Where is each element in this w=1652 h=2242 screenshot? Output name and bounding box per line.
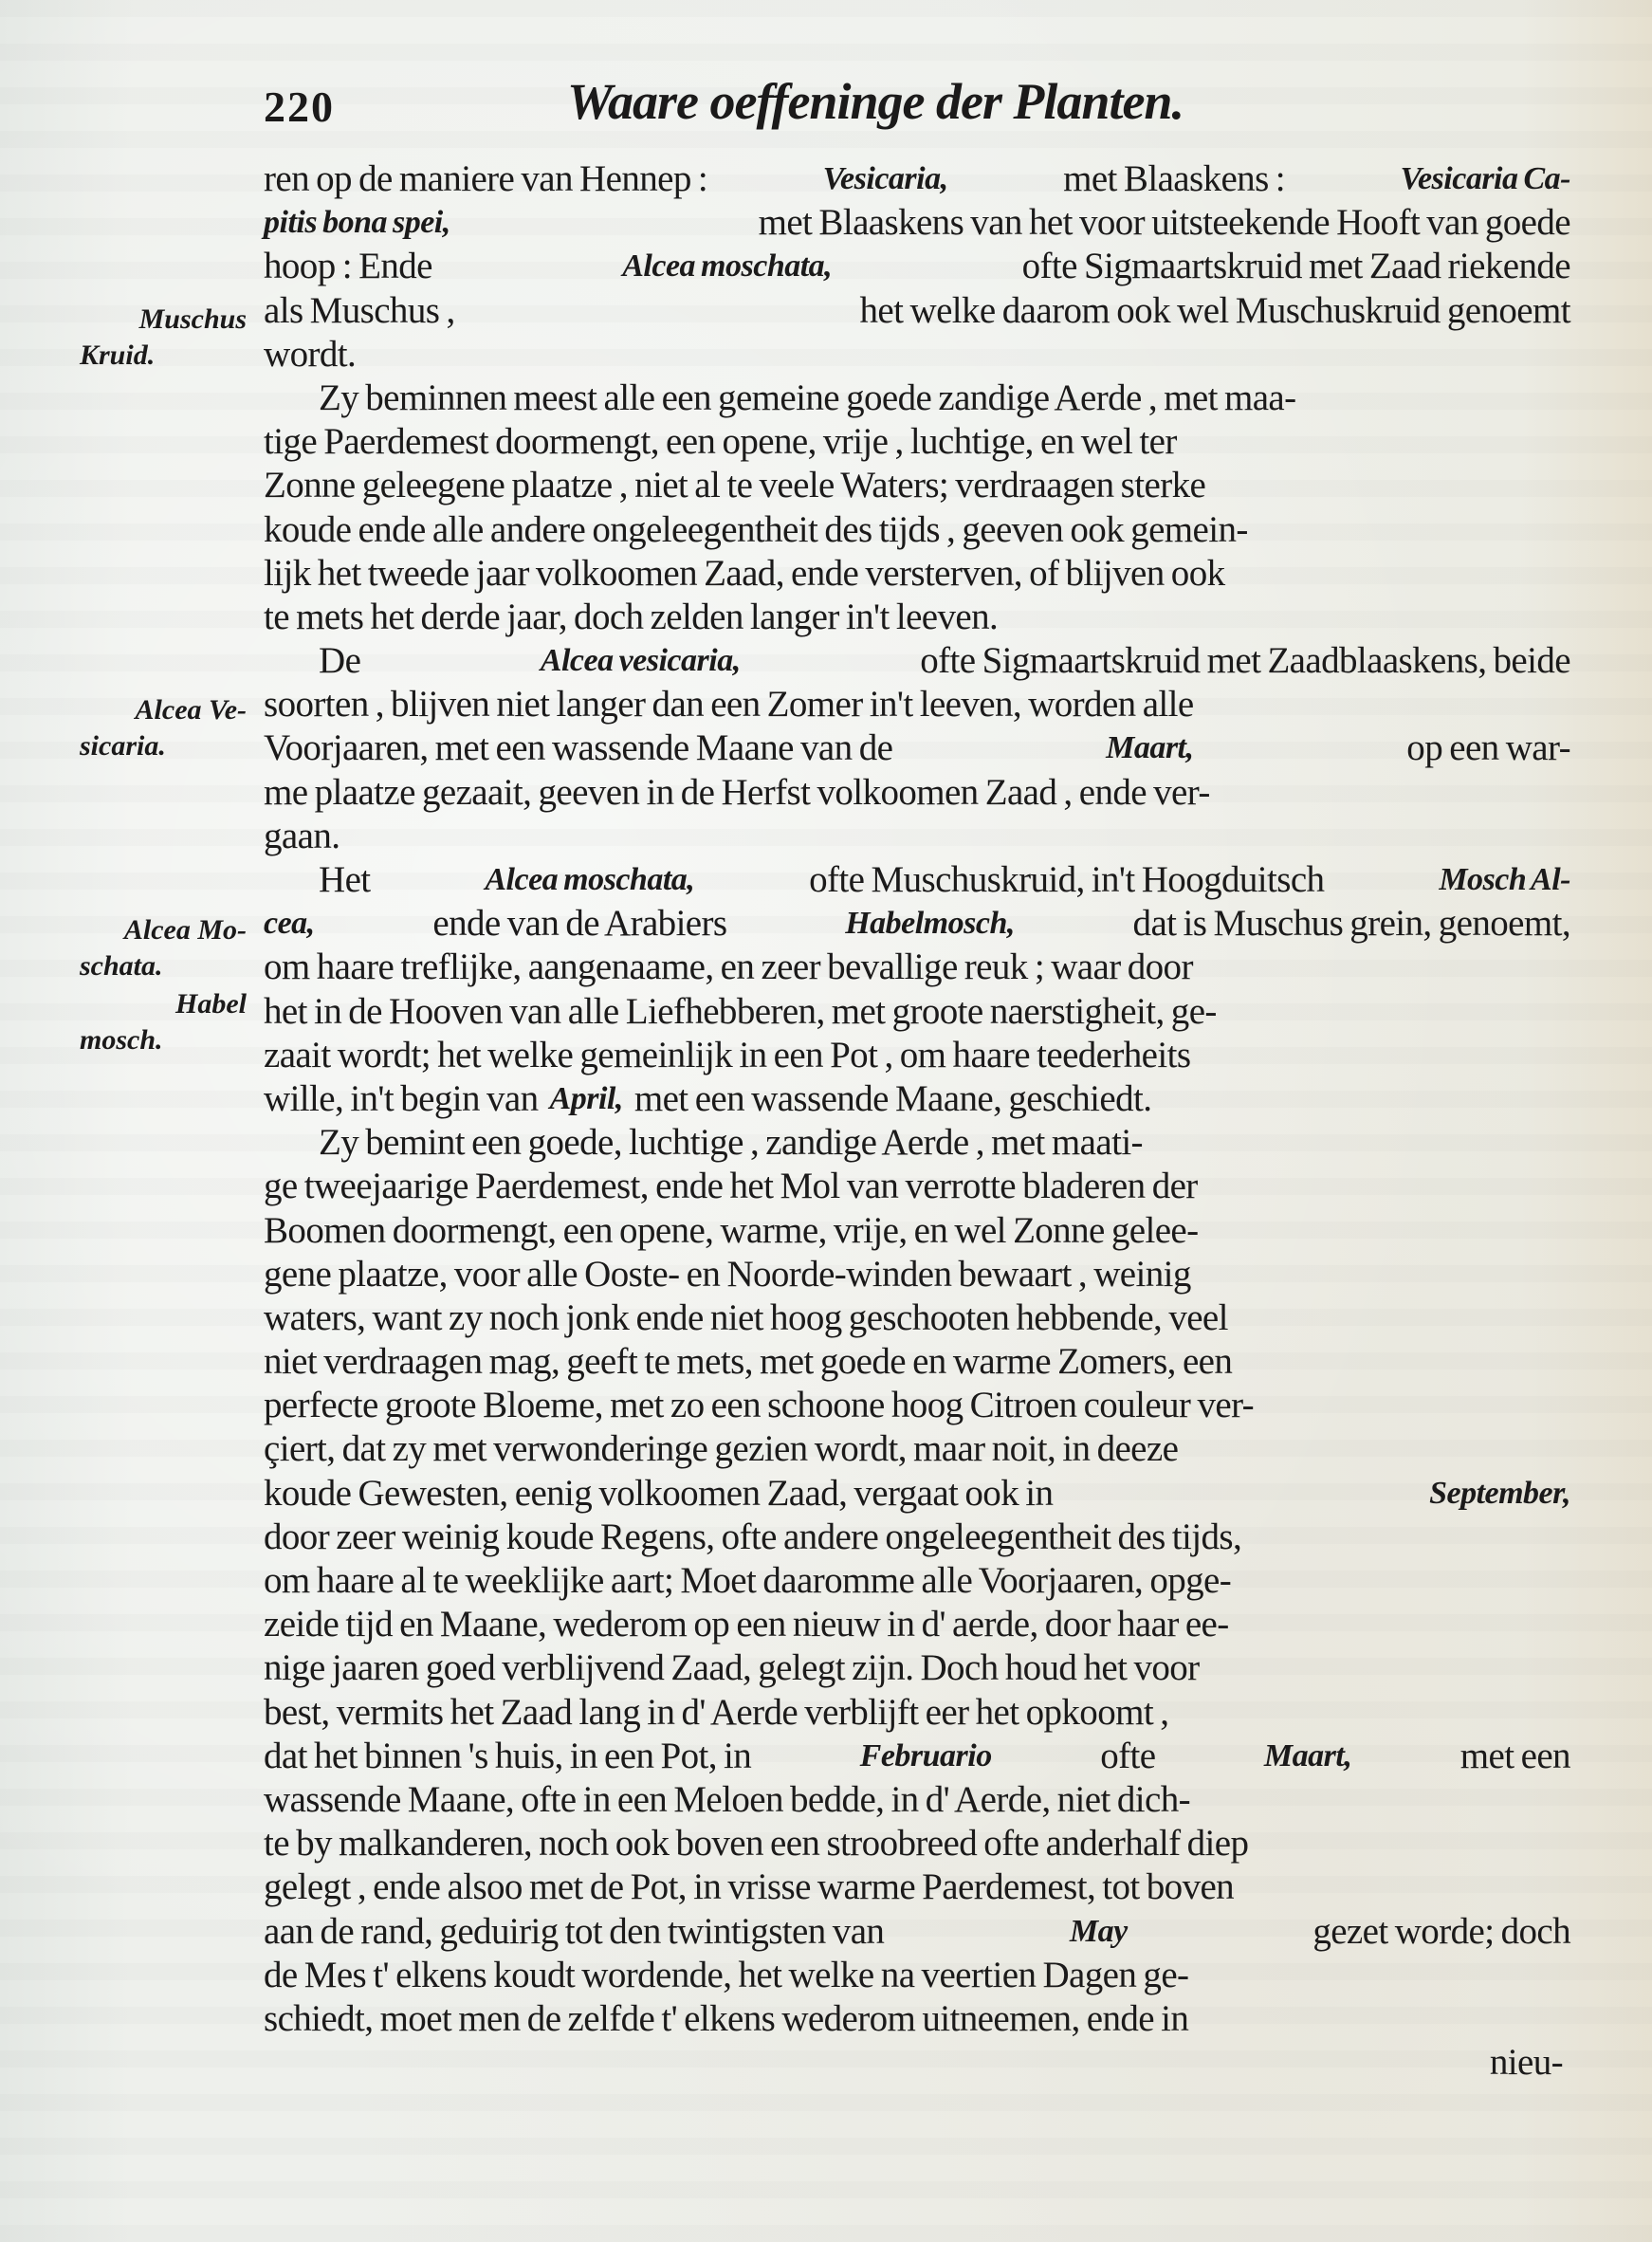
text-segment: wille, in't begin van [264, 1077, 539, 1121]
text-line: best, vermits het Zaad lang in d' Aerde … [264, 1691, 1570, 1735]
text-segment: niet verdraagen mag, geeft te mets, met … [264, 1340, 1232, 1384]
latin-term: Maart, [1264, 1735, 1351, 1778]
text-segment: met een wassende Maane, geschiedt. [634, 1077, 1152, 1121]
text-line: te by malkanderen, noch ook boven een st… [264, 1822, 1570, 1865]
text-segment: door zeer weinig koude Regens, ofte ande… [264, 1516, 1241, 1559]
text-line: ren op de maniere van Hennep :Vesicaria,… [264, 157, 1570, 201]
text-segment: dat het binnen 's huis, in een Pot, in [264, 1735, 751, 1778]
text-line: koude Gewesten, eenig volkoomen Zaad, ve… [264, 1472, 1570, 1516]
text-segment: zeide tijd en Maane, wederom op een nieu… [264, 1603, 1229, 1646]
margin-note-line: sicaria. [80, 728, 247, 764]
text-segment: best, vermits het Zaad lang in d' Aerde … [264, 1691, 1168, 1735]
text-segment: gene plaatze, voor alle Ooste- en Noorde… [264, 1253, 1191, 1296]
text-line: het in de Hooven van alle Liefhebberen, … [264, 990, 1570, 1034]
latin-term: pitis bona spei, [264, 201, 450, 245]
text-segment: ge tweejaarige Paerdemest, ende het Mol … [264, 1165, 1198, 1208]
text-line: koude ende alle andere ongeleegentheit d… [264, 508, 1570, 552]
text-line: HetAlcea moschata,ofte Muschuskruid, in'… [264, 858, 1570, 902]
text-segment: ren op de maniere van Hennep : [264, 157, 707, 201]
text-line: nige jaaren goed verblijvend Zaad, geleg… [264, 1646, 1570, 1690]
text-segment: me plaatze gezaait, geeven in de Herfst … [264, 771, 1210, 815]
text-segment: ofte [1100, 1735, 1155, 1778]
text-segment: te mets het derde jaar, doch zelden lang… [264, 596, 998, 639]
latin-term: Vesicaria Ca- [1401, 157, 1570, 201]
text-line: cea,ende van de ArabiersHabelmosch,dat i… [264, 902, 1570, 946]
latin-term: September, [1429, 1472, 1570, 1516]
text-line: Zy beminnen meest alle een gemeine goede… [264, 377, 1570, 420]
text-line: zeide tijd en Maane, wederom op een nieu… [264, 1603, 1570, 1646]
page-number: 220 [264, 82, 335, 132]
text-segment: met Blaaskens : [1063, 157, 1285, 201]
text-line: çiert, dat zy met verwonderinge gezien w… [264, 1427, 1570, 1471]
text-segment: Zonne geleegene plaatze , niet al te vee… [264, 464, 1205, 507]
text-line: als Muschus ,het welke daarom ook wel Mu… [264, 289, 1570, 333]
text-line: aan de rand, geduirig tot den twintigste… [264, 1910, 1570, 1954]
book-page: 220 Waare oeffeninge der Planten. Muschu… [0, 0, 1652, 2242]
text-segment: Voorjaaren, met een wassende Maane van d… [264, 726, 892, 770]
text-segment: ende van de Arabiers [432, 902, 726, 946]
latin-term: Februario [860, 1735, 992, 1778]
catchword: nieu- [264, 2041, 1570, 2085]
margin-note-alcea-moschata: Alcea Mo-schata. [57, 912, 247, 984]
running-title: Waare oeffeninge der Planten. [567, 72, 1184, 131]
latin-term: May [1070, 1910, 1128, 1954]
text-segment: perfecte groote Bloeme, met zo een schoo… [264, 1384, 1254, 1427]
latin-term: Alcea moschata, [622, 245, 832, 288]
text-segment: koude Gewesten, eenig volkoomen Zaad, ve… [264, 1472, 1053, 1516]
latin-term: Alcea vesicaria, [541, 639, 741, 683]
text-line: door zeer weinig koude Regens, ofte ande… [264, 1516, 1570, 1559]
text-segment: dat is Muschus grein, genoemt, [1133, 902, 1570, 946]
text-segment: te by malkanderen, noch ook boven een st… [264, 1822, 1248, 1865]
latin-term: cea, [264, 902, 315, 946]
margin-note-muschus-kruid: MuschusKruid. [57, 302, 247, 374]
margin-note-line: Alcea Ve- [57, 692, 247, 728]
text-line: lijk het tweede jaar volkoomen Zaad, end… [264, 552, 1570, 596]
text-line: waters, want zy noch jonk ende niet hoog… [264, 1296, 1570, 1340]
running-head: 220 Waare oeffeninge der Planten. [264, 59, 1572, 135]
text-line: Zy bemint een goede, luchtige , zandige … [264, 1121, 1570, 1165]
text-segment: Het [319, 858, 371, 902]
latin-term: Habelmosch, [845, 902, 1015, 946]
text-segment: schiedt, moet men de zelfde t' elkens we… [264, 1997, 1188, 2041]
text-line: gaan. [264, 815, 1570, 858]
text-line: perfecte groote Bloeme, met zo een schoo… [264, 1384, 1570, 1427]
margin-note-line: schata. [80, 948, 247, 984]
text-line: gene plaatze, voor alle Ooste- en Noorde… [264, 1253, 1570, 1296]
text-segment: çiert, dat zy met verwonderinge gezien w… [264, 1427, 1178, 1471]
text-segment: om haare treflijke, aangenaame, en zeer … [264, 946, 1193, 989]
text-segment: ofte Sigmaartskruid met Zaadblaaskens, b… [920, 639, 1570, 683]
text-line: om haare treflijke, aangenaame, en zeer … [264, 946, 1570, 989]
text-segment: wordt. [264, 333, 356, 377]
margin-note-line: Alcea Mo- [57, 912, 247, 948]
margin-note-line: Muschus [57, 302, 247, 338]
latin-term: April, [550, 1077, 623, 1121]
text-segment: waters, want zy noch jonk ende niet hoog… [264, 1296, 1228, 1340]
text-segment: koude ende alle andere ongeleegentheit d… [264, 508, 1248, 552]
text-line: wille, in't begin vanApril,met een wasse… [264, 1077, 1570, 1121]
margin-note-habel-mosch: Habelmosch. [57, 986, 247, 1058]
text-line: DeAlcea vesicaria,ofte Sigmaartskruid me… [264, 639, 1570, 683]
text-line: Voorjaaren, met een wassende Maane van d… [264, 726, 1570, 770]
text-segment: aan de rand, geduirig tot den twintigste… [264, 1910, 884, 1954]
text-segment: nige jaaren goed verblijvend Zaad, geleg… [264, 1646, 1200, 1690]
text-segment: ofte Sigmaartskruid met Zaad riekende [1022, 245, 1570, 288]
text-segment: soorten , blijven niet langer dan een Zo… [264, 683, 1194, 726]
text-line: schiedt, moet men de zelfde t' elkens we… [264, 1997, 1570, 2041]
text-line: om haare al te weeklijke aart; Moet daar… [264, 1559, 1570, 1603]
text-line: niet verdraagen mag, geeft te mets, met … [264, 1340, 1570, 1384]
text-segment: hoop : Ende [264, 245, 432, 288]
text-segment: ofte Muschuskruid, in't Hoogduitsch [809, 858, 1324, 902]
margin-note-line: Habel [57, 986, 247, 1022]
latin-term: Vesicaria, [823, 157, 948, 201]
text-line: me plaatze gezaait, geeven in de Herfst … [264, 771, 1570, 815]
margin-note-alcea-vesicaria: Alcea Ve-sicaria. [57, 692, 247, 764]
latin-term: Alcea moschata, [485, 858, 694, 902]
text-segment: het in de Hooven van alle Liefhebberen, … [264, 990, 1217, 1034]
text-line: Boomen doormengt, een opene, warme, vrij… [264, 1209, 1570, 1253]
text-line: dat het binnen 's huis, in een Pot, inFe… [264, 1735, 1570, 1778]
text-line: wordt. [264, 333, 1570, 377]
text-line: gelegt , ende alsoo met de Pot, in vriss… [264, 1865, 1570, 1909]
body-text: ren op de maniere van Hennep :Vesicaria,… [264, 157, 1570, 2085]
text-line: ge tweejaarige Paerdemest, ende het Mol … [264, 1165, 1570, 1208]
text-segment: als Muschus , [264, 289, 455, 333]
text-line: Zonne geleegene plaatze , niet al te vee… [264, 464, 1570, 507]
text-segment: met een [1460, 1735, 1570, 1778]
text-line: wassende Maane, ofte in een Meloen bedde… [264, 1778, 1570, 1822]
text-line: tige Paerdemest doormengt, een opene, vr… [264, 420, 1570, 464]
text-line: hoop : EndeAlcea moschata,ofte Sigmaarts… [264, 245, 1570, 288]
text-segment: met Blaaskens van het voor uitsteekende … [759, 201, 1570, 245]
text-segment: Zy beminnen meest alle een gemeine goede… [319, 377, 1296, 420]
text-segment: zaait wordt; het welke gemeinlijk in een… [264, 1034, 1190, 1077]
text-segment: op een war- [1406, 726, 1570, 770]
margin-note-line: mosch. [80, 1022, 247, 1058]
text-line: zaait wordt; het welke gemeinlijk in een… [264, 1034, 1570, 1077]
margin-note-line: Kruid. [80, 338, 247, 374]
text-line: soorten , blijven niet langer dan een Zo… [264, 683, 1570, 726]
text-segment: om haare al te weeklijke aart; Moet daar… [264, 1559, 1231, 1603]
text-segment: gaan. [264, 815, 340, 858]
latin-term: Maart, [1106, 726, 1193, 770]
text-line: te mets het derde jaar, doch zelden lang… [264, 596, 1570, 639]
text-line: de Mes t' elkens koudt wordende, het wel… [264, 1954, 1570, 1997]
text-segment: wassende Maane, ofte in een Meloen bedde… [264, 1778, 1190, 1822]
text-segment: tige Paerdemest doormengt, een opene, vr… [264, 420, 1177, 464]
catchword-text: nieu- [1490, 2041, 1563, 2085]
text-segment: Boomen doormengt, een opene, warme, vrij… [264, 1209, 1199, 1253]
text-segment: lijk het tweede jaar volkoomen Zaad, end… [264, 552, 1225, 596]
text-segment: de Mes t' elkens koudt wordende, het wel… [264, 1954, 1188, 1997]
text-segment: gelegt , ende alsoo met de Pot, in vriss… [264, 1865, 1234, 1909]
text-segment: De [319, 639, 360, 683]
latin-term: Mosch Al- [1439, 858, 1570, 902]
text-segment: gezet worde; doch [1312, 1910, 1570, 1954]
text-segment: het welke daarom ook wel Muschuskruid ge… [860, 289, 1570, 333]
text-segment: Zy bemint een goede, luchtige , zandige … [319, 1121, 1143, 1165]
text-line: pitis bona spei,met Blaaskens van het vo… [264, 201, 1570, 245]
